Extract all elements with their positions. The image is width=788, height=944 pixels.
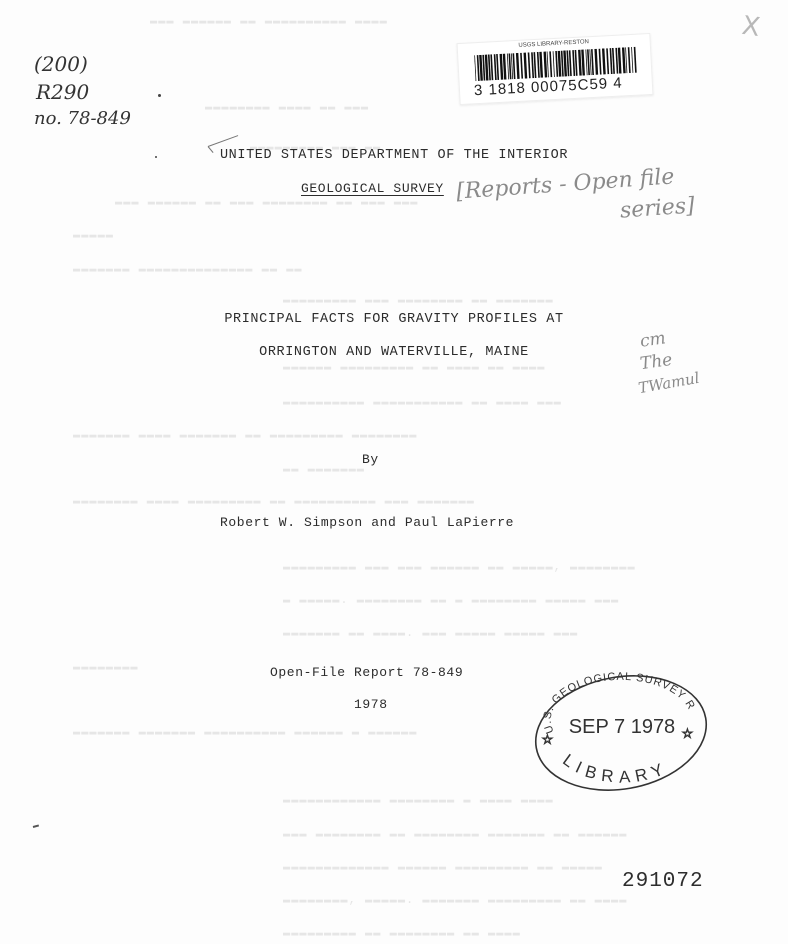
bleed-through-text: ▬▬▬▬▬▬▬ ▬▬▬▬▬▬▬▬▬▬▬▬▬▬ ▬▬ ▬▬ [73, 262, 303, 276]
stamp-date: SEP 7 1978 [568, 716, 676, 739]
corner-x-mark: X [740, 11, 762, 43]
handwritten-margin-note: The [639, 350, 674, 374]
check-mark-icon [208, 135, 238, 147]
bleed-through-text: ▬▬▬▬▬▬▬ ▬▬ ▬▬▬▬. ▬▬▬ ▬▬▬▬▬ ▬▬▬▬▬ ▬▬▬ [283, 626, 578, 640]
bleed-through-text: ▬▬▬ ▬▬▬▬▬▬ ▬▬ ▬▬▬ ▬▬▬▬▬▬▬▬ ▬▬ ▬▬▬ ▬▬▬ [115, 195, 418, 209]
report-title-line-1: PRINCIPAL FACTS FOR GRAVITY PROFILES AT [0, 312, 788, 327]
bleed-through-text: ▬▬▬ ▬▬▬▬▬▬ ▬▬ ▬▬▬▬▬▬▬▬▬▬ ▬▬▬▬ [150, 14, 388, 28]
report-year: 1978 [354, 697, 388, 712]
agency-name: UNITED STATES DEPARTMENT OF THE INTERIOR [0, 148, 788, 163]
bleed-through-text: ▬▬▬▬▬▬▬▬ ▬▬▬▬ ▬▬ ▬▬▬ [205, 100, 369, 114]
bleed-through-text: ▬▬▬▬▬▬▬▬▬▬ ▬▬▬▬▬▬▬▬▬▬▬ ▬▬ ▬▬▬▬ ▬▬▬ [283, 395, 562, 409]
scanned-page: ▬▬▬ ▬▬▬▬▬▬ ▬▬ ▬▬▬▬▬▬▬▬▬▬ ▬▬▬▬ ▬▬▬▬▬▬▬▬ ▬… [0, 0, 788, 944]
bleed-through-text: ▬▬▬▬▬▬▬▬▬ ▬▬ ▬▬▬▬▬▬▬▬ ▬▬ ▬▬▬▬ [283, 926, 521, 940]
bleed-through-text: ▬▬▬▬▬▬▬ ▬▬▬▬ ▬▬▬▬▬▬▬ ▬▬ ▬▬▬▬▬▬▬▬▬ ▬▬▬▬▬▬… [73, 428, 417, 442]
bleed-through-text: ▬▬▬▬▬ [73, 228, 114, 242]
handwritten-call-number: (200) [34, 52, 88, 76]
bleed-through-text: ▬▬▬▬▬▬▬▬, ▬▬▬▬▬. ▬▬▬▬▬▬▬ ▬▬▬▬▬▬▬▬▬ ▬▬ ▬▬… [283, 893, 627, 907]
ink-dot [158, 94, 161, 97]
bureau-name-text: GEOLOGICAL SURVEY [301, 181, 444, 196]
authors: Robert W. Simpson and Paul LaPierre [220, 515, 514, 530]
bleed-through-text: ▬▬▬▬▬▬▬▬▬ ▬▬▬ ▬▬▬▬▬▬▬▬ ▬▬ ▬▬▬▬▬▬▬ [283, 293, 554, 307]
handwritten-margin-note: cm [639, 328, 667, 351]
accession-number: 291072 [622, 870, 704, 893]
bleed-through-text: ▬▬▬▬▬▬▬▬▬ ▬▬▬ ▬▬▬ ▬▬▬▬▬▬ ▬▬ ▬▬▬▬▬, ▬▬▬▬▬… [283, 560, 636, 574]
bleed-through-text: ▬▬▬▬▬▬▬▬▬▬▬▬ ▬▬▬▬▬▬▬▬ ▬ ▬▬▬▬ ▬▬▬▬ [283, 793, 554, 807]
bureau-name: GEOLOGICAL SURVEY [301, 181, 444, 196]
handwritten-call-number: R290 [36, 80, 89, 104]
bleed-through-text: ▬ ▬▬▬▬▬. ▬▬▬▬▬▬▬▬ ▬▬ ▬ ▬▬▬▬▬▬▬▬ ▬▬▬▬▬ ▬▬… [283, 593, 619, 607]
handwritten-call-number: no. 78-849 [34, 108, 131, 129]
report-number: Open-File Report 78-849 [270, 665, 463, 680]
bleed-through-text: ▬▬▬▬▬▬ ▬▬▬▬▬▬▬▬▬ ▬▬ ▬▬▬▬ ▬▬ ▬▬▬▬ [283, 360, 545, 374]
bleed-through-text: ▬▬▬▬▬▬▬▬▬▬▬▬▬ ▬▬▬▬▬▬ ▬▬▬▬▬▬▬▬▬ ▬▬ ▬▬▬▬▬ [283, 860, 603, 874]
barcode-label: USGS LIBRARY-RESTON 3 1818 00075C59 4 [457, 33, 654, 105]
ink-mark [33, 824, 39, 827]
bleed-through-text: ▬▬ ▬▬▬▬▬▬▬ [283, 462, 365, 476]
svg-text:☆: ☆ [682, 724, 693, 744]
bleed-through-text: ▬▬▬ ▬▬▬▬▬▬▬▬ ▬▬ ▬▬▬▬▬▬▬▬ ▬▬▬▬▬▬▬ ▬▬ ▬▬▬▬… [283, 827, 627, 841]
handwritten-series-note: series] [619, 193, 695, 223]
bleed-through-text: ▬▬▬▬▬▬▬▬ ▬▬▬▬ ▬▬▬▬▬▬▬▬▬ ▬▬ ▬▬▬▬▬▬▬▬▬▬ ▬▬… [73, 494, 475, 508]
byline-label: By [362, 452, 379, 467]
library-received-stamp: U.S. GEOLOGICAL SURVEY RESTON, VA. LIBRA… [532, 672, 710, 794]
svg-text:☆: ☆ [542, 730, 553, 750]
bleed-through-text: ▬▬▬▬▬▬▬▬ [73, 660, 139, 674]
bleed-through-text: ▬▬▬▬▬▬▬ ▬▬▬▬▬▬▬ ▬▬▬▬▬▬▬▬▬▬ ▬▬▬▬▬▬ ▬ ▬▬▬▬… [73, 725, 417, 739]
